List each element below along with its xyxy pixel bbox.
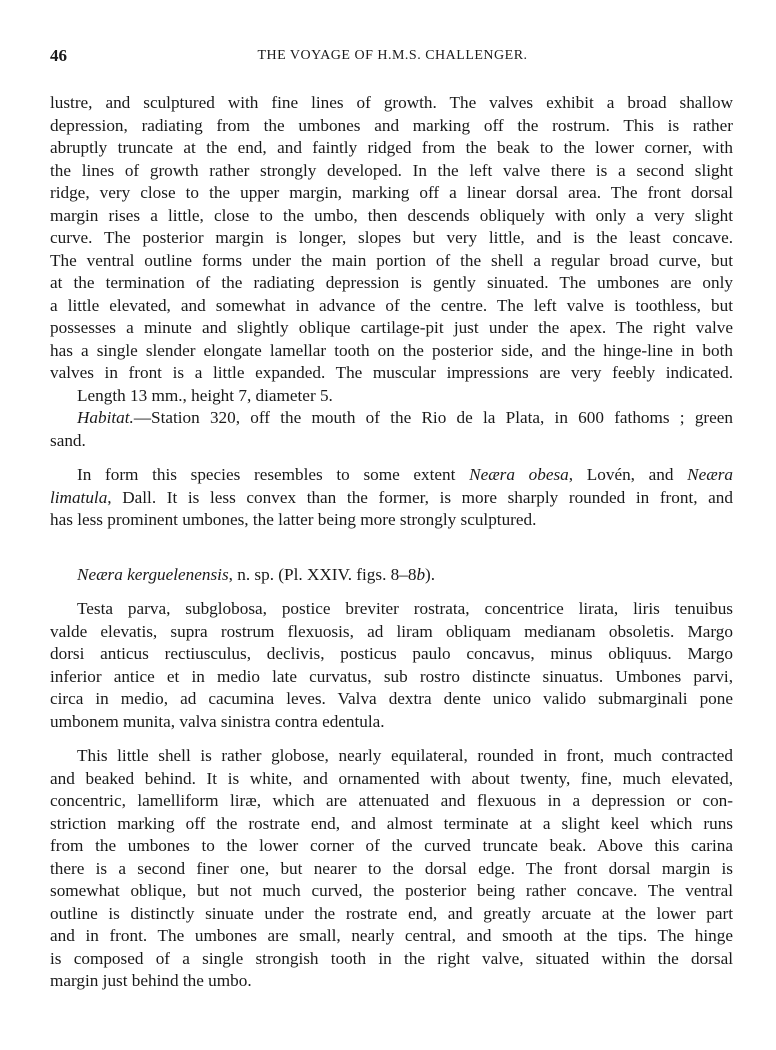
text-line: lustre, and sculptured with fine lines o… [50, 92, 733, 115]
species-name: Neæra [687, 465, 733, 484]
text-line: This little shell is rather globose, nea… [50, 745, 733, 768]
habitat-line-end: sand. [50, 430, 733, 453]
text-run: , Dall. It is less convex than the forme… [107, 488, 733, 507]
text-line: is composed of a single strongish tooth … [50, 948, 733, 971]
text-line: limatula, Dall. It is less convex than t… [50, 487, 733, 510]
text-line: The ventral outline forms under the main… [50, 250, 733, 273]
text-line: outline is distinctly sinuate under the … [50, 903, 733, 926]
english-description-paragraph: This little shell is rather globose, nea… [50, 745, 733, 993]
text-line: margin rises a little, close to the umbo… [50, 205, 733, 228]
species-heading-suffix: , n. sp. (Pl. XXIV. figs. 8–8 [229, 565, 417, 584]
text-line: Testa parva, subglobosa, postice brevite… [50, 598, 733, 621]
species-heading-close: ). [425, 565, 435, 584]
text-line: a little elevated, and somewhat in advan… [50, 295, 733, 318]
habitat-text: —Station 320, off the mouth of the Rio d… [134, 408, 733, 427]
species-heading-name: Neæra kerguelenensis [77, 565, 229, 584]
text-line: ridge, very close to the upper margin, m… [50, 182, 733, 205]
text-line: valves in front is a little expanded. Th… [50, 362, 733, 385]
text-line: In form this species resembles to some e… [50, 464, 733, 487]
book-page: 46 THE VOYAGE OF H.M.S. CHALLENGER. lust… [0, 0, 776, 1050]
text-line: has a single slender elongate lamellar t… [50, 340, 733, 363]
text-line: concentric, lamelliform liræ, which are … [50, 790, 733, 813]
text-line: there is a second finer one, but nearer … [50, 858, 733, 881]
text-line: has less prominent umbones, the latter b… [50, 509, 733, 532]
species-name: limatula [50, 488, 107, 507]
text-line: and in front. The umbones are small, nea… [50, 925, 733, 948]
text-line: valde elevatis, supra rostrum flexuosis,… [50, 621, 733, 644]
text-run: In form this species resembles to some e… [77, 465, 469, 484]
text-line: depression, radiating from the umbones a… [50, 115, 733, 138]
species-heading: Neæra kerguelenensis, n. sp. (Pl. XXIV. … [77, 565, 435, 585]
species-name: Neæra obesa [469, 465, 569, 484]
comparison-paragraph: In form this species resembles to some e… [50, 464, 733, 532]
measurements-line: Length 13 mm., height 7, diameter 5. [50, 385, 733, 408]
text-run: , Lovén, and [569, 465, 687, 484]
figure-letter: b [416, 565, 425, 584]
text-line: abruptly truncate at the end, and faintl… [50, 137, 733, 160]
text-line: striction marking off the rostrate end, … [50, 813, 733, 836]
description-continued-paragraph: lustre, and sculptured with fine lines o… [50, 92, 733, 452]
text-line: margin just behind the umbo. [50, 970, 733, 993]
running-title: THE VOYAGE OF H.M.S. CHALLENGER. [50, 48, 735, 64]
text-line: curve. The posterior margin is longer, s… [50, 227, 733, 250]
text-line: circa in medio, ad cacumina leves. Valva… [50, 688, 733, 711]
text-line: umbonem munita, valva sinistra contra ed… [50, 711, 733, 734]
text-line: and beaked behind. It is white, and orna… [50, 768, 733, 791]
habitat-line: Habitat.—Station 320, off the mouth of t… [50, 407, 733, 430]
page-header: 46 THE VOYAGE OF H.M.S. CHALLENGER. [50, 46, 735, 70]
text-line: possesses a minute and slightly oblique … [50, 317, 733, 340]
text-line: dorsi anticus rectiusculus, declivis, po… [50, 643, 733, 666]
text-line: inferior antice et in medio late curvatu… [50, 666, 733, 689]
text-line: the lines of growth rather strongly deve… [50, 160, 733, 183]
text-line: from the umbones to the lower corner of … [50, 835, 733, 858]
text-line: somewhat oblique, but not much curved, t… [50, 880, 733, 903]
habitat-label: Habitat. [77, 408, 134, 427]
text-line: at the termination of the radiating depr… [50, 272, 733, 295]
latin-diagnosis-paragraph: Testa parva, subglobosa, postice brevite… [50, 598, 733, 733]
